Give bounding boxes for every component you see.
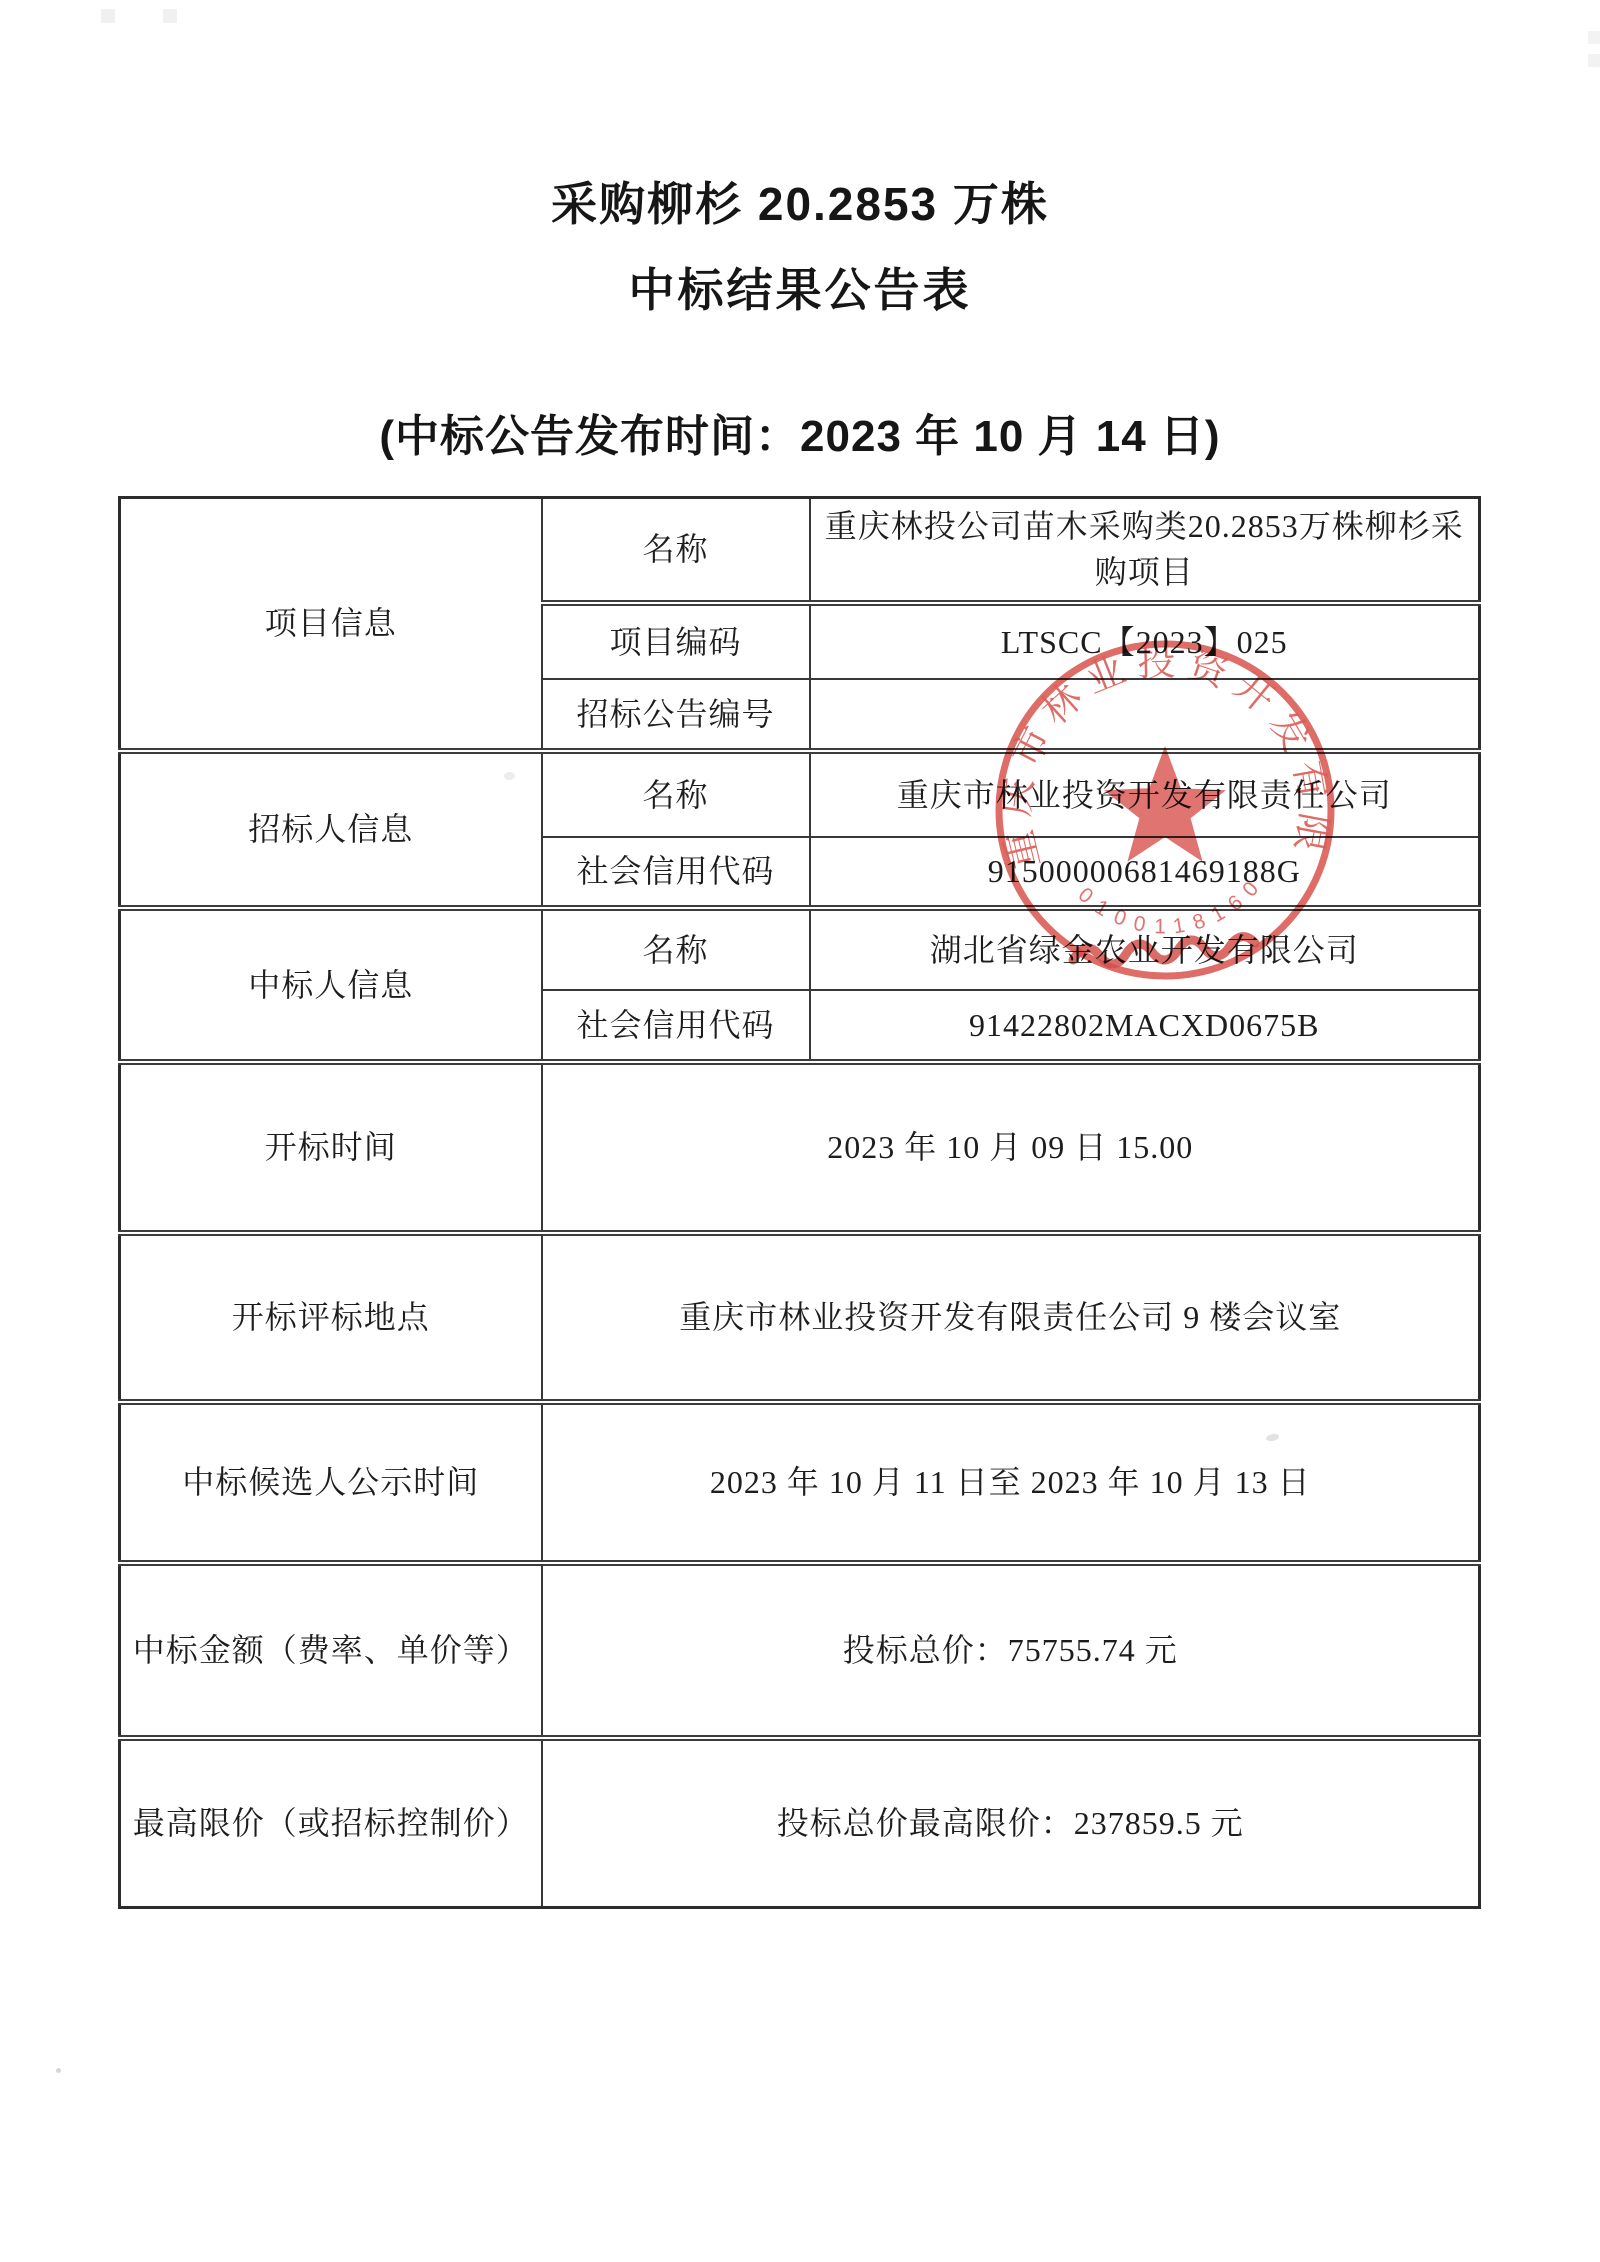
scan-speck — [101, 9, 115, 23]
doc-title-line2: 中标结果公告表 — [0, 254, 1600, 320]
cell-tenderer-credit-value: 91500000681469188G — [810, 837, 1480, 908]
cell-open-time-value: 2023 年 10 月 09 日 15.00 — [542, 1062, 1480, 1233]
cell-max-price-value: 投标总价最高限价：237859.5 元 — [542, 1738, 1480, 1908]
scan-speck — [163, 9, 177, 23]
cell-project-code-label: 项目编码 — [542, 603, 810, 679]
cell-tenderer-name-label: 名称 — [542, 751, 810, 837]
scan-speck — [1588, 54, 1600, 67]
cell-open-time-label: 开标时间 — [120, 1062, 542, 1233]
cell-winner-credit-label: 社会信用代码 — [542, 990, 810, 1062]
cell-project-group-label: 项目信息 — [120, 498, 542, 751]
scan-speck — [1588, 31, 1600, 44]
cell-candidate-time-value: 2023 年 10 月 11 日至 2023 年 10 月 13 日 — [542, 1402, 1480, 1563]
cell-winner-name-label: 名称 — [542, 908, 810, 990]
cell-tenderer-group-label: 招标人信息 — [120, 751, 542, 908]
cell-tenderer-credit-label: 社会信用代码 — [542, 837, 810, 908]
cell-max-price-label: 最高限价（或招标控制价） — [120, 1738, 542, 1908]
cell-award-amount-value: 投标总价：75755.74 元 — [542, 1563, 1480, 1738]
publish-date-line: (中标公告发布时间：2023 年 10 月 14 日) — [0, 400, 1600, 464]
doc-title-line1: 采购柳杉 20.2853 万株 — [0, 168, 1600, 234]
cell-project-name-value: 重庆林投公司苗木采购类20.2853万株柳杉采购项目 — [810, 498, 1480, 603]
cell-notice-no-label: 招标公告编号 — [542, 679, 810, 751]
bid-result-table: 项目信息 名称 重庆林投公司苗木采购类20.2853万株柳杉采购项目 项目编码 … — [118, 496, 1481, 1909]
cell-winner-group-label: 中标人信息 — [120, 908, 542, 1062]
cell-open-place-value: 重庆市林业投资开发有限责任公司 9 楼会议室 — [542, 1233, 1480, 1402]
cell-tenderer-name-value: 重庆市林业投资开发有限责任公司 — [810, 751, 1480, 837]
cell-project-code-value: LTSCC【2023】025 — [810, 603, 1480, 679]
scan-speck — [504, 772, 515, 780]
cell-notice-no-value — [810, 679, 1480, 751]
cell-candidate-time-label: 中标候选人公示时间 — [120, 1402, 542, 1563]
cell-winner-name-value: 湖北省绿金农业开发有限公司 — [810, 908, 1480, 990]
cell-project-name-label: 名称 — [542, 498, 810, 603]
cell-open-place-label: 开标评标地点 — [120, 1233, 542, 1402]
cell-winner-credit-value: 91422802MACXD0675B — [810, 990, 1480, 1062]
scan-speck — [56, 2068, 61, 2073]
cell-award-amount-label: 中标金额（费率、单价等） — [120, 1563, 542, 1738]
